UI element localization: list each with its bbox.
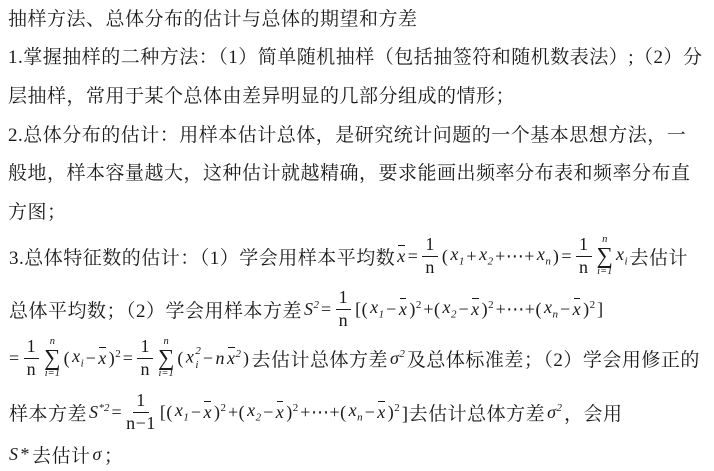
math-symbol: x2 bbox=[479, 244, 493, 268]
fraction: 1n bbox=[24, 337, 40, 380]
math-symbol: = bbox=[112, 402, 123, 423]
document-page: 抽样方法、总体分布的估计与总体的期望和方差 1.掌握抽样的二种方法：（1）简单随… bbox=[0, 0, 714, 471]
math-symbol: n bbox=[216, 348, 226, 369]
math-symbol: x1 bbox=[370, 297, 384, 321]
math-symbol: +⋯+( bbox=[496, 299, 542, 320]
math-symbol: xn bbox=[537, 244, 551, 268]
summation-sigma: n∑i=1 bbox=[44, 337, 60, 380]
text-run: 总体平均数；（2）学会用样本方差 bbox=[9, 296, 302, 323]
math-symbol: = bbox=[321, 299, 332, 320]
math-symbol: ( bbox=[64, 348, 71, 369]
math-symbol: +⋯+( bbox=[300, 402, 346, 423]
math-symbol: x2 bbox=[442, 297, 456, 321]
para2-line1: 2.总体分布的估计：用样本估计总体，是研究统计问题的一个基本思想方法，一 bbox=[8, 120, 710, 147]
math-symbol: = bbox=[408, 246, 419, 267]
text-run: 去估计总体方差 bbox=[252, 345, 389, 372]
text-run: 去估计 bbox=[32, 441, 91, 468]
para3-line3-variance-expanded: =1nn∑i=1(xi−x)2=1nn∑i=1(x2i−nx2)去估计总体方差σ… bbox=[8, 330, 710, 386]
math-symbol: x2i bbox=[186, 346, 201, 371]
math-symbol: S2 bbox=[304, 299, 319, 320]
math-symbol: x bbox=[203, 402, 212, 423]
math-symbol: x bbox=[276, 402, 285, 423]
math-symbol: x1 bbox=[175, 400, 189, 424]
math-symbol: )2 bbox=[286, 402, 298, 423]
math-symbol: )2 bbox=[482, 299, 494, 320]
math-symbol: − bbox=[263, 402, 274, 423]
math-symbol: − bbox=[458, 299, 469, 320]
math-symbol: S bbox=[9, 444, 19, 465]
text-run: 3.总体特征数的估计：（1）学会用样本平均数 bbox=[9, 243, 395, 270]
math-symbol: σ2 bbox=[390, 348, 405, 369]
fraction: 1n−1 bbox=[126, 391, 156, 434]
summation-sigma: n∑i=1 bbox=[597, 235, 613, 278]
text-run: 样本方差 bbox=[9, 399, 87, 426]
math-symbol: x bbox=[397, 246, 406, 267]
math-symbol: [( bbox=[355, 299, 368, 320]
math-symbol: − bbox=[560, 299, 571, 320]
math-symbol: +⋯+ bbox=[495, 246, 535, 267]
math-symbol: )2 bbox=[409, 299, 421, 320]
math-symbol: − bbox=[386, 299, 397, 320]
math-symbol: ) bbox=[553, 246, 560, 267]
summation-sigma: n∑i=1 bbox=[158, 337, 174, 380]
fraction: 1n bbox=[422, 235, 438, 278]
math-symbol: )2 bbox=[109, 348, 121, 369]
math-symbol: x bbox=[573, 299, 582, 320]
math-symbol: +( bbox=[423, 299, 440, 320]
math-symbol: σ bbox=[93, 444, 102, 465]
math-symbol: = bbox=[123, 348, 134, 369]
math-symbol: + bbox=[466, 246, 477, 267]
math-symbol: − bbox=[365, 402, 376, 423]
fraction: 1n bbox=[336, 288, 352, 331]
para2-line2: 般地，样本容量越大，这种估计就越精确，要求能画出频率分布表和频率分布直 bbox=[8, 158, 710, 185]
math-symbol: )2 bbox=[583, 299, 595, 320]
para3-line1-mean-formula: 3.总体特征数的估计：（1）学会用样本平均数x=1n(x1+x2+⋯+xn)=1… bbox=[8, 229, 710, 283]
math-symbol: S*2 bbox=[89, 402, 110, 423]
math-symbol: x bbox=[377, 402, 386, 423]
para3-line2-variance-formula: 总体平均数；（2）学会用样本方差S2=1n[(x1−x)2+(x2−x)2+⋯+… bbox=[8, 283, 710, 335]
math-symbol: xn bbox=[544, 297, 558, 321]
math-symbol: +( bbox=[228, 402, 245, 423]
math-symbol: ( bbox=[442, 246, 449, 267]
math-symbol: σ2 bbox=[547, 402, 562, 423]
math-symbol: )2 bbox=[388, 402, 400, 423]
para1-line2: 层抽样，常用于某个总体由差异明显的几部分组成的情形； bbox=[8, 81, 710, 108]
text-run: ； bbox=[104, 441, 124, 468]
math-symbol: xi bbox=[616, 244, 628, 268]
math-symbol: ] bbox=[597, 299, 604, 320]
math-symbol: x bbox=[98, 348, 107, 369]
para1-line1: 1.掌握抽样的二种方法：（1）简单随机抽样（包括抽签符和随机数表法）;（2）分 bbox=[8, 42, 710, 69]
math-symbol: [( bbox=[160, 402, 173, 423]
math-symbol: xi bbox=[72, 346, 84, 370]
math-symbol: x2 bbox=[247, 400, 261, 424]
math-symbol: * bbox=[21, 444, 31, 465]
math-symbol: = bbox=[9, 348, 20, 369]
text-run: ，会用 bbox=[564, 399, 623, 426]
text-run: ]去估计总体方差 bbox=[402, 399, 545, 426]
para3-line5-sigma-estimate: S*去估计σ； bbox=[8, 441, 710, 467]
document-title: 抽样方法、总体分布的估计与总体的期望和方差 bbox=[8, 4, 710, 31]
math-symbol: ( bbox=[177, 348, 184, 369]
para3-line4-corrected-variance: 样本方差S*2=1n−1[(x1−x)2+(x2−x)2+⋯+(xn−x)2]去… bbox=[8, 384, 710, 440]
fraction: 1n bbox=[137, 337, 153, 380]
fraction: 1n bbox=[576, 235, 592, 278]
math-symbol: x2 bbox=[227, 348, 241, 369]
math-symbol: )2 bbox=[214, 402, 226, 423]
math-symbol: − bbox=[203, 348, 214, 369]
math-symbol: x bbox=[399, 299, 408, 320]
math-symbol: = bbox=[561, 246, 572, 267]
math-symbol: xn bbox=[349, 400, 363, 424]
text-run: 及总体标准差；（2）学会用修正的 bbox=[407, 345, 700, 372]
math-symbol: − bbox=[191, 402, 202, 423]
text-run: 去估计 bbox=[630, 243, 689, 270]
para2-line3: 方图； bbox=[8, 197, 710, 224]
math-symbol: ) bbox=[243, 348, 250, 369]
math-symbol: x1 bbox=[450, 244, 464, 268]
math-symbol: − bbox=[86, 348, 97, 369]
math-symbol: x bbox=[471, 299, 480, 320]
